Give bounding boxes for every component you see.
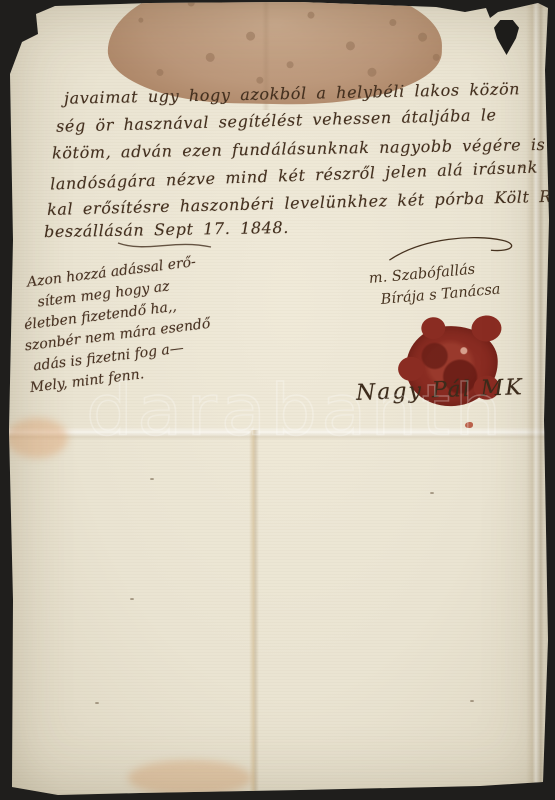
main-text-line-3: kötöm, adván ezen fundálásunknak nagyobb…	[52, 134, 555, 162]
main-text-line-2: ség ör hasznával segítélést vehessen áta…	[56, 105, 497, 136]
left-edge-stain	[6, 418, 68, 458]
bottom-stain	[128, 760, 252, 796]
center-vertical-fold-crease	[249, 430, 259, 800]
wax-seal-edge-blob	[471, 314, 503, 342]
watermark-text: darabanth	[86, 370, 505, 452]
attribution-block: m. Szabófallás Bírája s Tanácsa	[368, 257, 501, 312]
scanned-letter-photo: javaimat ugy hogy azokból a helybéli lak…	[0, 0, 555, 800]
right-vertical-fold-crease	[526, 0, 544, 800]
wax-seal-edge-blob	[421, 316, 446, 340]
paper-sheet: javaimat ugy hogy azokból a helybéli lak…	[0, 0, 555, 800]
stain-freckles	[138, 18, 143, 23]
ink-specks	[150, 478, 154, 480]
